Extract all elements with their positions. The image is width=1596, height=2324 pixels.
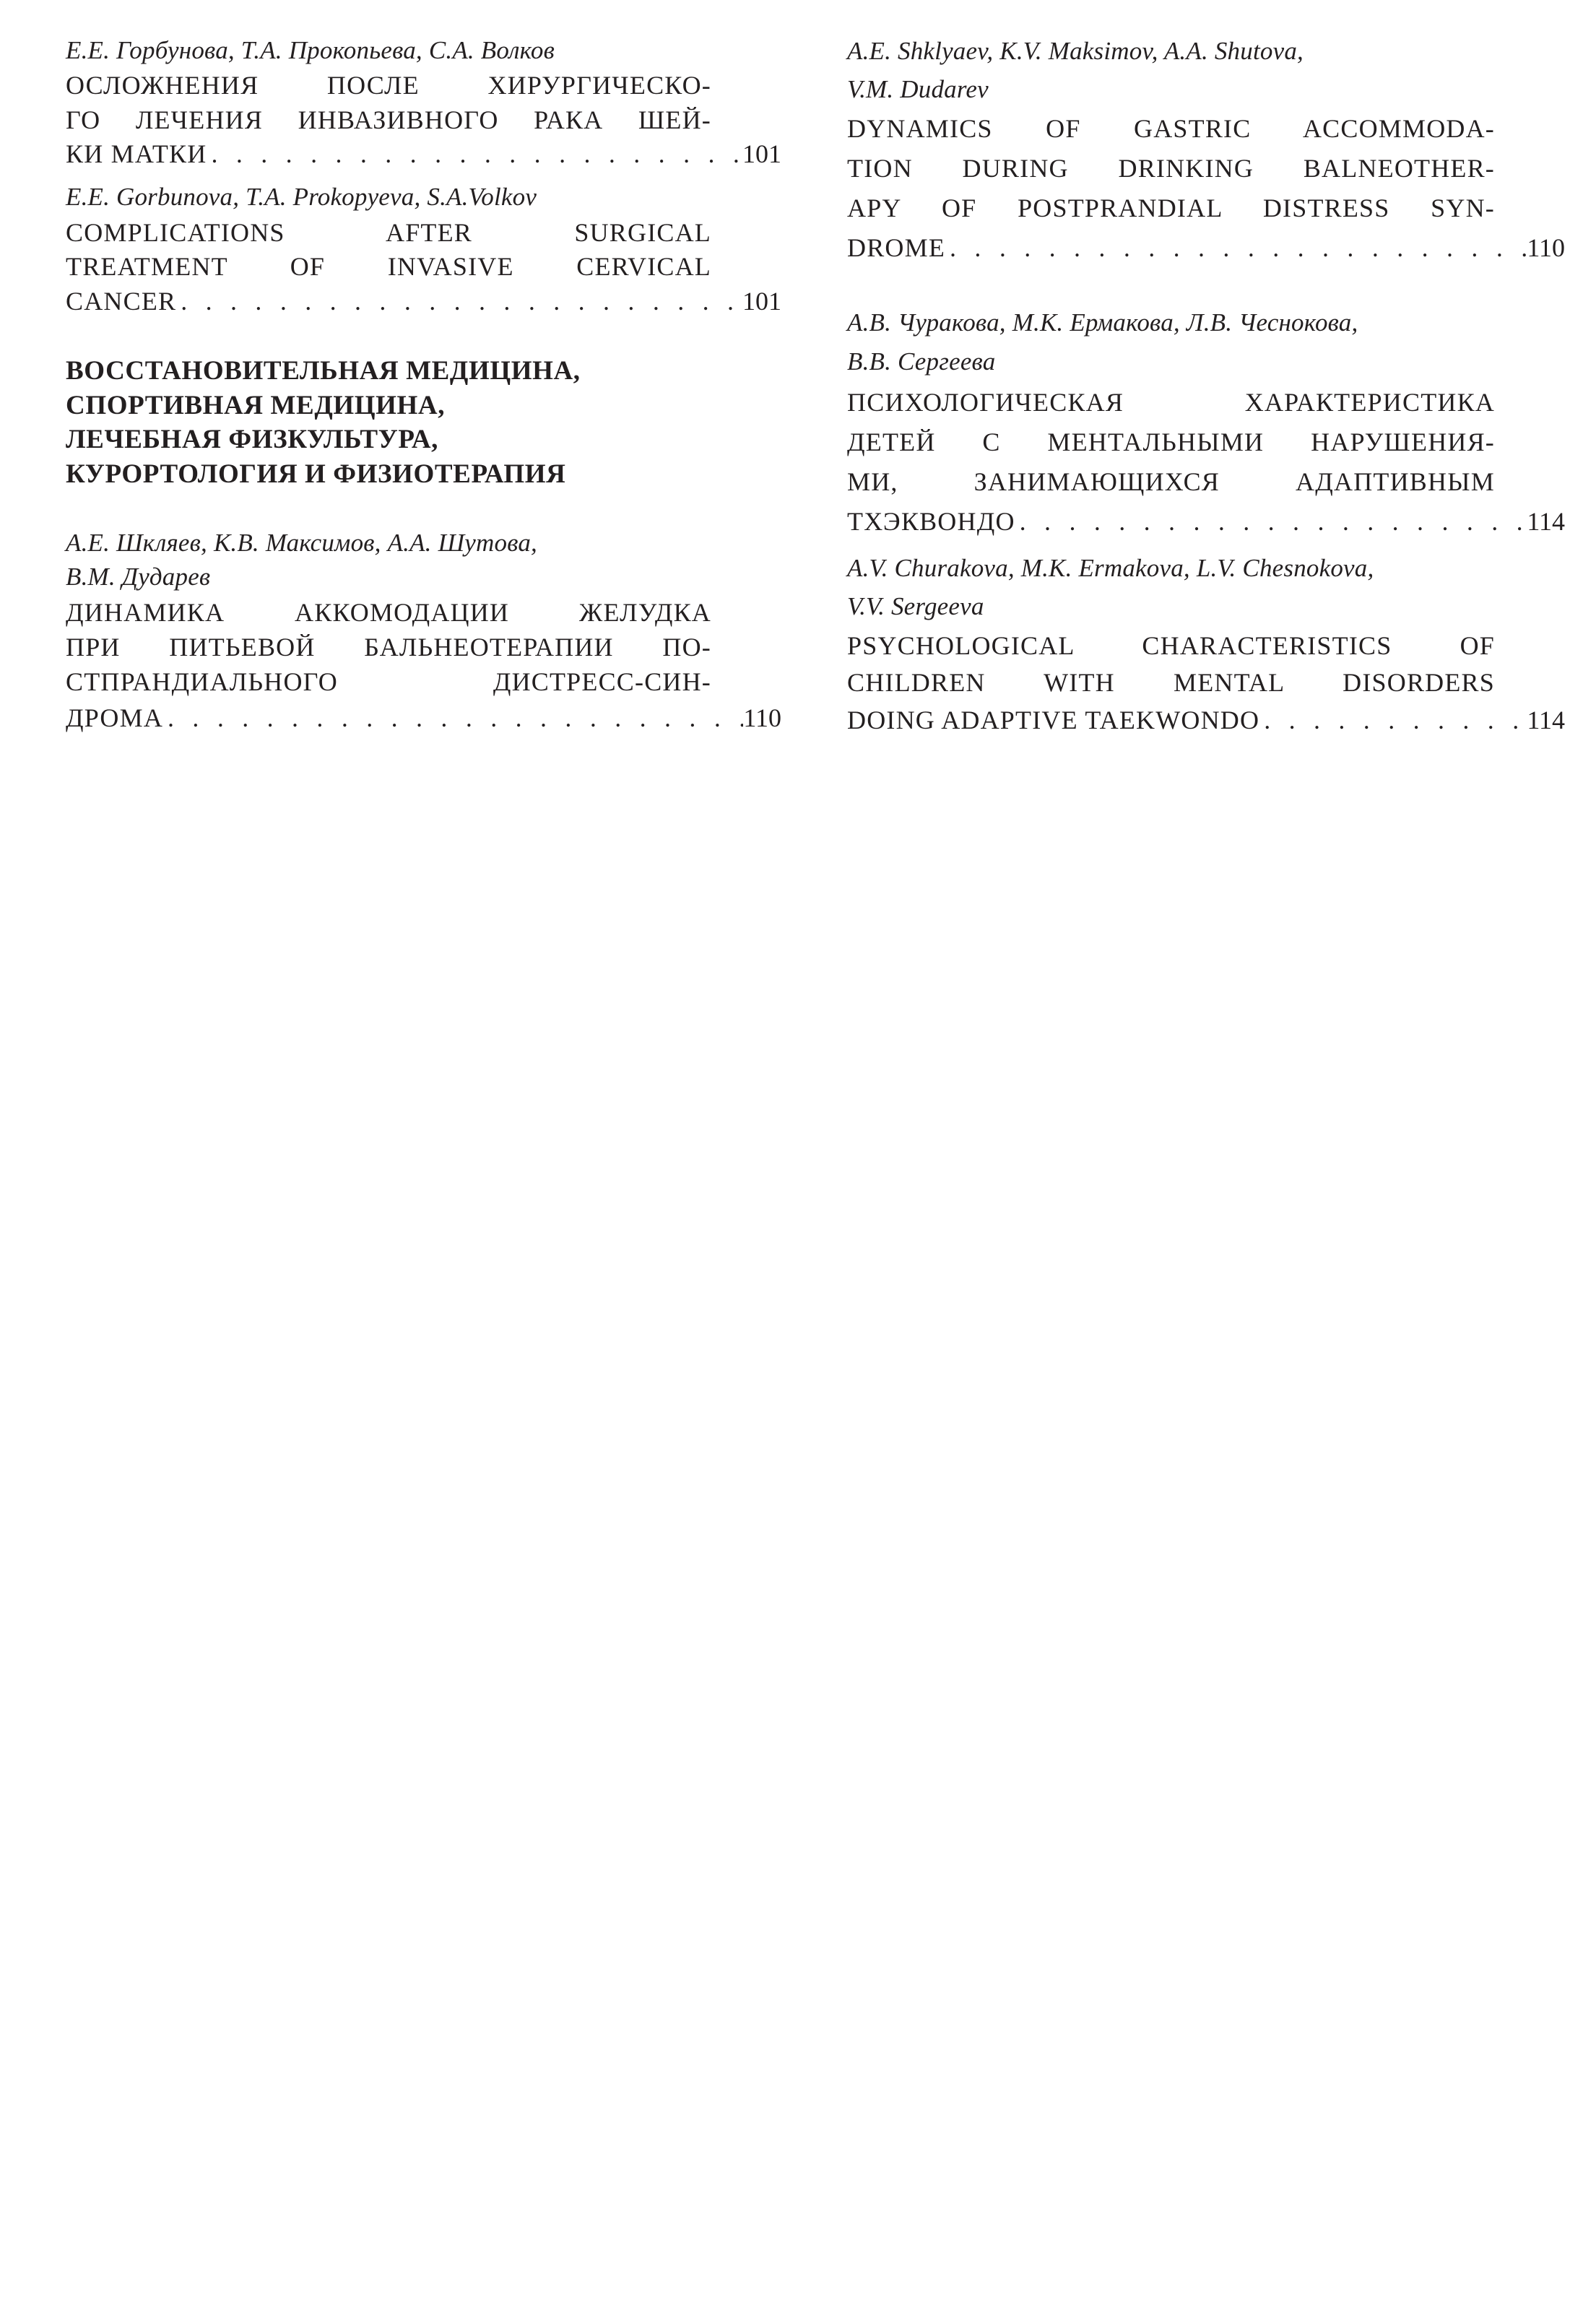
dot-leader: . . . . . . . . . . . . . . . . . . . . …: [163, 705, 743, 731]
toc-entry-authors: A.V. Churakova, M.K. Ermakova, L.V. Ches…: [847, 555, 1374, 581]
toc-entry-title-last: DOING ADAPTIVE TAEKWONDO: [847, 707, 1259, 733]
toc-entry-title-last: ДРОМА: [66, 705, 163, 731]
toc-entry-authors: А.Е. Шкляев, К.В. Максимов, А.А. Шутова,: [66, 530, 537, 555]
toc-entry-authors: В.В. Сергеева: [847, 349, 995, 374]
toc-entry-authors: А.В. Чуракова, М.К. Ермакова, Л.В. Чесно…: [847, 310, 1358, 335]
toc-entry-authors: В.М. Дударев: [66, 564, 210, 589]
section-heading-line: КУРОРТОЛОГИЯ И ФИЗИОТЕРАПИЯ: [66, 461, 565, 487]
toc-entry-title-last: ТХЭКВОНДО: [847, 508, 1015, 534]
toc-entry-title-line: ПРИ ПИТЬЕВОЙ БАЛЬНЕОТЕРАПИИ ПО-: [66, 634, 711, 663]
toc-entry-link[interactable]: КИ МАТКИ . . . . . . . . . . . . . . . .…: [66, 141, 781, 167]
page-number: 110: [1527, 235, 1565, 261]
toc-entry-title-line: ДЕТЕЙ С МЕНТАЛЬНЫМИ НАРУШЕНИЯ-: [847, 429, 1495, 458]
section-heading-line: ВОССТАНОВИТЕЛЬНАЯ МЕДИЦИНА,: [66, 357, 581, 384]
toc-entry-title-line: PSYCHOLOGICAL CHARACTERISTICS OF: [847, 633, 1495, 662]
toc-entry-title-line: TREATMENT OF INVASIVE CERVICAL: [66, 253, 711, 282]
page-number: 114: [1527, 508, 1565, 534]
toc-entry-link[interactable]: CANCER . . . . . . . . . . . . . . . . .…: [66, 288, 781, 314]
toc-entry-title-line: TION DURING DRINKING BALNEOTHER-: [847, 155, 1495, 184]
toc-entry-link[interactable]: DROME . . . . . . . . . . . . . . . . . …: [847, 235, 1565, 261]
toc-entry-title-last: DROME: [847, 235, 945, 261]
toc-entry-title-line: COMPLICATIONS AFTER SURGICAL: [66, 220, 711, 248]
toc-entry-link[interactable]: DOING ADAPTIVE TAEKWONDO . . . . . . . .…: [847, 707, 1565, 733]
toc-entry-title-line: ОСЛОЖНЕНИЯ ПОСЛЕ ХИРУРГИЧЕСКО-: [66, 72, 711, 101]
dot-leader: . . . . . . . . . . . . . . . . . . . . …: [176, 288, 742, 314]
toc-entry-title-line: ПСИХОЛОГИЧЕСКАЯ ХАРАКТЕРИСТИКА: [847, 389, 1495, 418]
dot-leader: . . . . . . . . . . . . . . . . . . . . …: [207, 141, 742, 167]
toc-entry-title-line: APY OF POSTPRANDIAL DISTRESS SYN-: [847, 195, 1495, 224]
toc-entry-title-line: СТПРАНДИАЛЬНОГО ДИСТРЕСС-СИН-: [66, 669, 711, 698]
section-heading-line: СПОРТИВНАЯ МЕДИЦИНА,: [66, 392, 445, 419]
toc-entry-title-line: CHILDREN WITH MENTAL DISORDERS: [847, 669, 1495, 698]
toc-entry-authors: V.M. Dudarev: [847, 77, 989, 102]
dot-leader: . . . . . . . . . . . . . . . . . . . . …: [945, 235, 1527, 261]
toc-entry-authors: V.V. Sergeeva: [847, 594, 984, 619]
toc-entry-title-line: ДИНАМИКА АККОМОДАЦИИ ЖЕЛУДКА: [66, 599, 711, 628]
page-number: 114: [1527, 707, 1565, 733]
toc-entry-title-last: CANCER: [66, 288, 176, 314]
section-heading-line: ЛЕЧЕБНАЯ ФИЗКУЛЬТУРА,: [66, 426, 438, 453]
toc-entry-title-line: DYNAMICS OF GASTRIC ACCOMMODA-: [847, 116, 1495, 144]
toc-entry-link[interactable]: ТХЭКВОНДО . . . . . . . . . . . . . . . …: [847, 508, 1565, 534]
toc-entry-link[interactable]: ДРОМА . . . . . . . . . . . . . . . . . …: [66, 705, 781, 731]
toc-entry-title-line: МИ, ЗАНИМАЮЩИХСЯ АДАПТИВНЫМ: [847, 469, 1495, 498]
toc-entry-authors: A.E. Shklyaev, K.V. Maksimov, A.A. Shuto…: [847, 38, 1304, 64]
page-number: 101: [742, 141, 781, 167]
page-number: 110: [743, 705, 781, 731]
toc-entry-authors: E.E. Gorbunova, T.A. Prokopyeva, S.A.Vol…: [66, 184, 537, 209]
dot-leader: . . . . . . . . . . . . . . . . . . . . …: [1259, 707, 1527, 733]
dot-leader: . . . . . . . . . . . . . . . . . . . . …: [1015, 508, 1527, 534]
page-number: 101: [742, 288, 781, 314]
toc-entry-title-last: КИ МАТКИ: [66, 141, 207, 167]
toc-entry-authors: Е.Е. Горбунова, Т.А. Прокопьева, С.А. Во…: [66, 38, 555, 63]
toc-entry-title-line: ГО ЛЕЧЕНИЯ ИНВАЗИВНОГО РАКА ШЕЙ-: [66, 107, 711, 136]
